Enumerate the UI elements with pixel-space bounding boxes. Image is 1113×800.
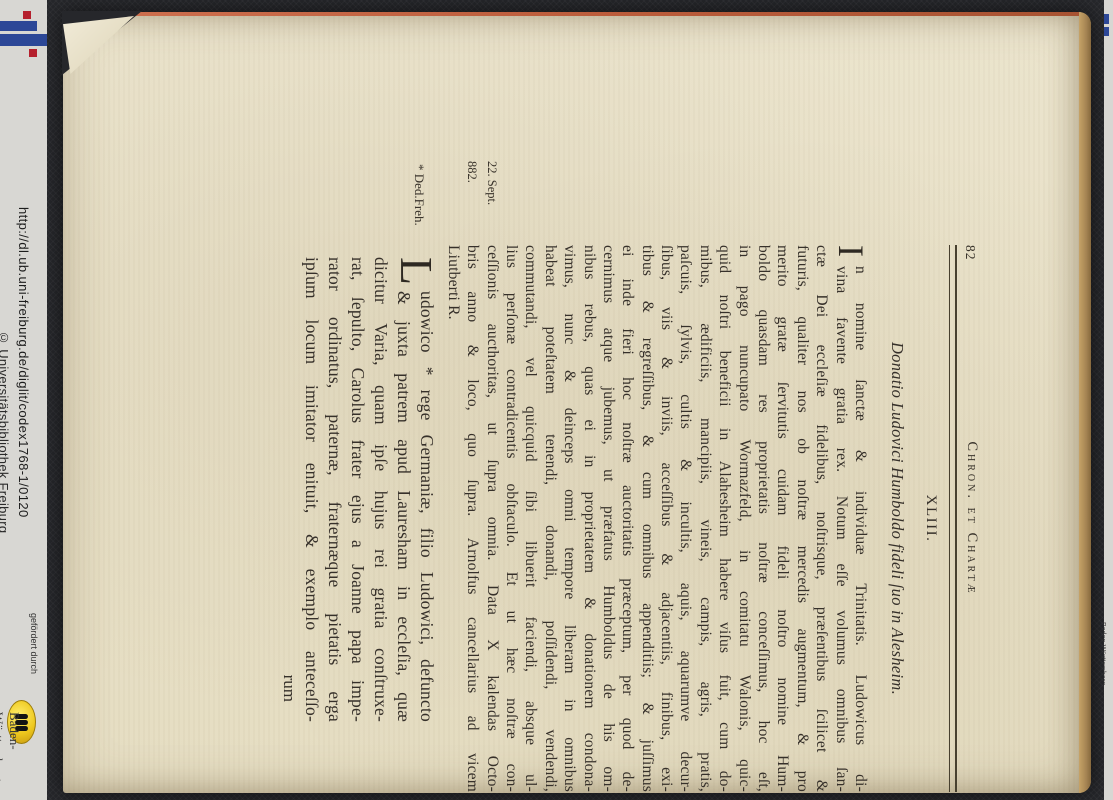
text-line: nibus rebus, quas ei in proprietatem & d…: [579, 245, 598, 792]
text-line: ſibus, viis & inviis, acceſſibus & adjac…: [657, 245, 676, 792]
scan-viewer: http://dl.ub.uni-freiburg.de/diglit/code…: [0, 0, 1113, 800]
logo-red-square: [23, 11, 31, 19]
margin-note-date: 22. Sept. 882.: [462, 161, 502, 205]
text-line: tibus & regreſſibus, & cum omnibus appen…: [637, 245, 656, 792]
copyright-text: © Universitätsbibliothek Freiburg: [0, 330, 11, 533]
scanned-page: 82 Chron. et Chartæ XLIII. Donatio Ludov…: [63, 12, 1091, 793]
paragraph: In nomine ſanctæ & individuæ Trinitatis.…: [443, 245, 870, 792]
text-line: dicitur Varia, quam ipſe hujus rei grati…: [369, 257, 392, 722]
text-line: commutandi, vel quicquid ſibi libuerit f…: [521, 245, 540, 792]
text-line: n nomine ſanctæ & individuæ Trinitatis. …: [851, 245, 870, 792]
text-line: vimus, nunc & deinceps omni tempore libe…: [560, 245, 579, 792]
text-line: & juxta patrem apud Lauresham in eccleſi…: [392, 257, 415, 722]
text-line: cernimus atque jubemus, ut præfatus Humb…: [599, 245, 618, 792]
paragraph: Ludowico * rege Germaniæ, filio Ludowici…: [300, 257, 438, 722]
running-title: Chron. et Chartæ: [963, 245, 980, 792]
text-line: bris anno & loco, quo ſupra. Arnolfus ca…: [463, 245, 482, 792]
margin-note-ref: * Ded.Freh.: [408, 164, 429, 226]
logo-red-square: [29, 49, 37, 57]
text-line: ipſum locum imitator enituit, & exemplo …: [300, 257, 323, 722]
text-line: rat, ſepulto, Carolus frater ejus a Joan…: [346, 257, 369, 722]
text-line: ctæ Dei eccleſiæ fidelibus, noſtrisque, …: [812, 245, 831, 792]
body-text: In nomine ſanctæ & individuæ Trinitatis.…: [279, 245, 870, 792]
text-line: boldo quasdam res proprietatis noſtræ co…: [754, 245, 773, 792]
text-line: merito gratæ ſervitutis cuidam fideli no…: [773, 245, 792, 792]
ub-freiburg-logo-icon: [0, 8, 47, 63]
text-line: quid noſtri beneficii in Alahesheim habe…: [715, 245, 734, 792]
funder-name-partial: Baden-Württemberg: [0, 712, 22, 800]
logo-blue-bar: [0, 34, 47, 46]
metadata-strip: http://dl.ub.uni-freiburg.de/diglit/code…: [0, 0, 47, 800]
logo-blue-mark: [1104, 27, 1109, 36]
text-line: rator ordinatus, paternæ, fraternæque pi…: [323, 257, 346, 722]
scan-url-text: http://dl.ub.uni-freiburg.de/diglit/code…: [16, 207, 31, 518]
text-line: Liutberti R.: [443, 245, 462, 792]
chapter-number: XLIII.: [922, 245, 939, 792]
text-line: udowico * rege Germaniæ, filio Ludowici,…: [415, 257, 438, 722]
logo-blue-mark: [1104, 14, 1109, 24]
text-line: mibus, ædificiis, mancipiis, vineis, cam…: [695, 245, 714, 792]
text-line: habeat poteſtatem tenendi, donandi, poſſ…: [540, 245, 559, 792]
logo-blue-bar: [0, 21, 37, 31]
dropcap-initial: I: [833, 245, 869, 257]
dropcap-initial: L: [393, 257, 439, 285]
catchword: rum: [279, 257, 299, 702]
funding-label: gefördert durch: [29, 613, 39, 674]
chapter-title: Donatio Ludovici Humboldo fideli ſuo in …: [887, 245, 907, 792]
text-line: in pago nuncupato Wormazfeld, in comitat…: [734, 245, 753, 792]
text-line: lius perſonæ contradicentis obſtaculo. E…: [502, 245, 521, 792]
header-rule: [949, 245, 957, 792]
funder-name-right: Baden-Württemberg: [1104, 622, 1106, 685]
text-line: ceſſionis aucthoritas, ut ſupra omnia. D…: [482, 245, 501, 792]
text-line: paſcuis, ſylvis, cultis & incultis, aqui…: [676, 245, 695, 792]
text-line: vina favente gratia rex. Notum eſſe volu…: [831, 245, 850, 792]
right-edge-strip: Baden-Württemberg: [1104, 0, 1113, 800]
page-content-rotated: 82 Chron. et Chartæ XLIII. Donatio Ludov…: [63, 12, 1091, 793]
text-line: ei inde fieri hoc noſtræ auctoritatis pr…: [618, 245, 637, 792]
text-line: futuris, qualiter nos ob noſtræ mercedis…: [792, 245, 811, 792]
